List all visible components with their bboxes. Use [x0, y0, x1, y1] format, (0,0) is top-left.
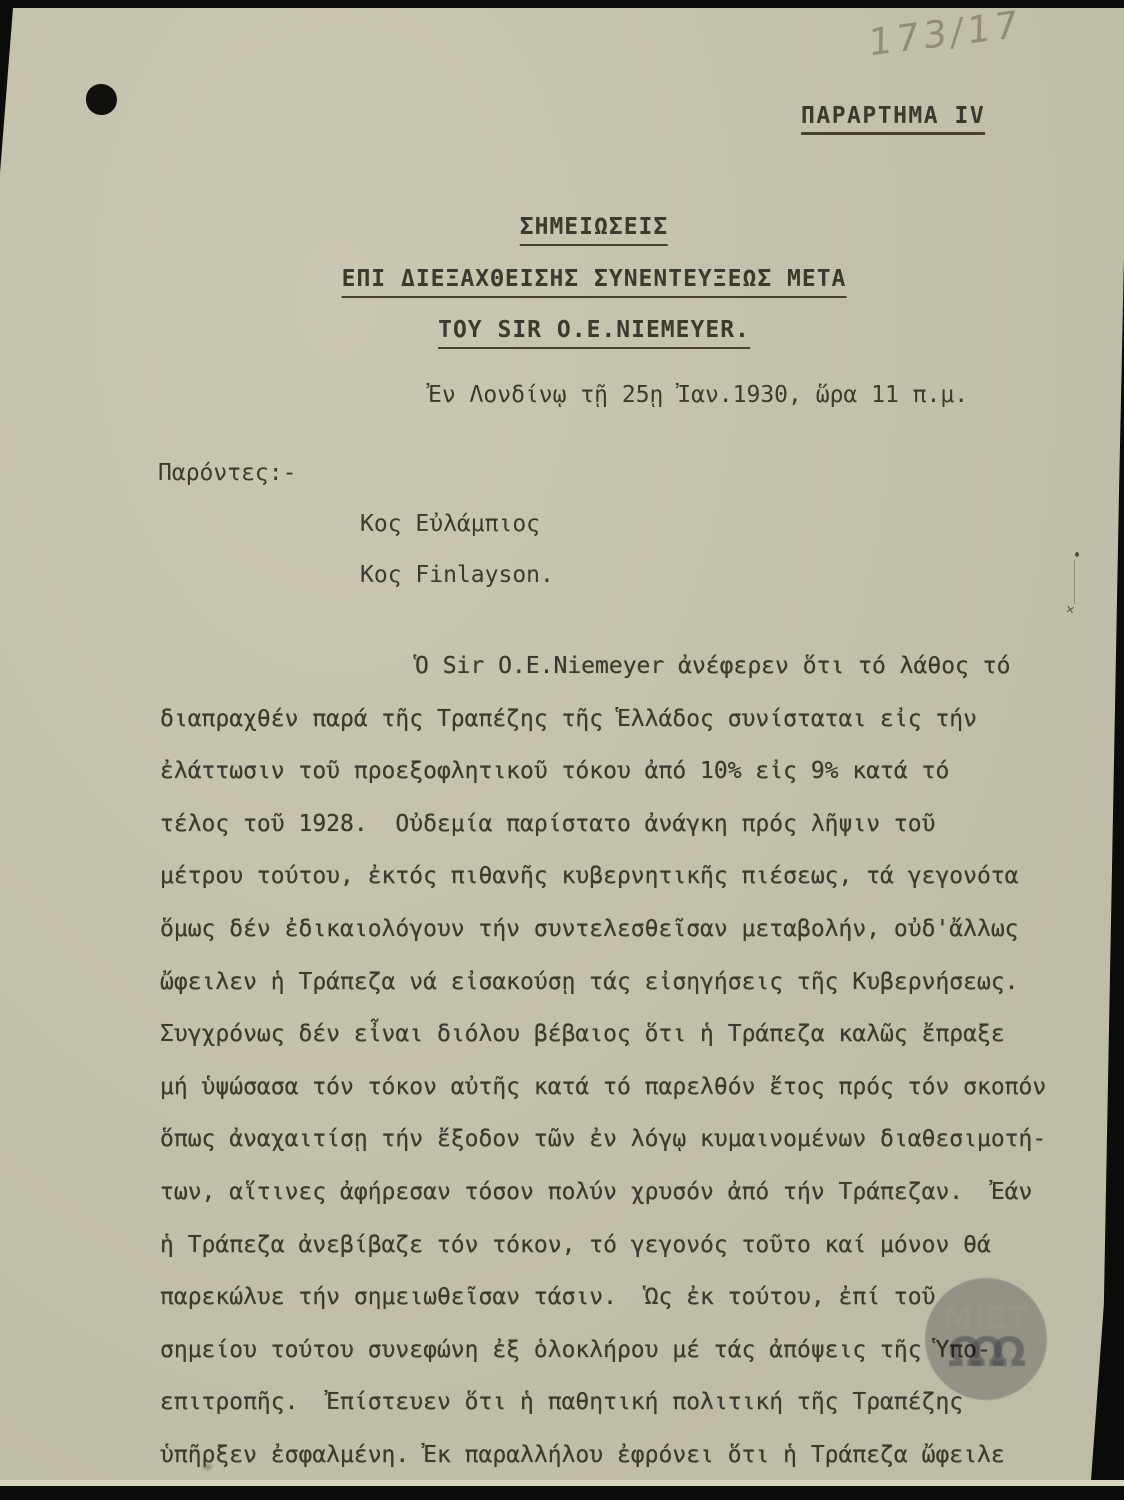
- archive-watermark-stamp: ΜΙΕΤ ΩΩΩ: [925, 1278, 1047, 1400]
- scratch-mark: [1074, 560, 1075, 604]
- body-line: ὤφειλεν ἡ Τράπεζα νά εἰσακούσῃ τάς εἰσηγ…: [160, 956, 1090, 1009]
- scan-edge-left: [0, 8, 16, 173]
- body-line: ἐλάττωσιν τοῦ προεξοφλητικοῦ τόκου ἀπό 1…: [160, 745, 1090, 798]
- attendee-name: Κος Finlayson.: [360, 562, 554, 588]
- scanned-document-page: 173/17 ΠΑΡΑΡΤΗΜΑ IV ΣΗΜΕΙΩΣΕΙΣ ΕΠΙ ΔΙΕΞΑ…: [0, 0, 1124, 1500]
- scratch-mark: [1075, 552, 1079, 557]
- body-line: Συγχρόνως δέν εἶναι διόλου βέβαιος ὅτι ἡ…: [160, 1008, 1090, 1061]
- attendee-name: Κος Εὐλάμπιος: [360, 511, 540, 537]
- body-line: ὅμως δέν ἐδικαιολόγουν τήν συντελεσθεῖσα…: [160, 903, 1090, 956]
- watermark-swirl-glyphs: ΩΩΩ: [958, 1333, 1014, 1373]
- body-line: των, αἵτινες ἀφήρεσαν τόσον πολύν χρυσόν…: [160, 1166, 1090, 1219]
- document-title-line-2: ΕΠΙ ΔΙΕΞΑΧΘΕΙΣΗΣ ΣΥΝΕΝΤΕΥΞΕΩΣ ΜΕΤΑ: [342, 266, 847, 298]
- smudge-mark: [203, 1464, 212, 1470]
- document-title-line-3: ΤΟΥ SIR O.E.NIEMEYER.: [438, 317, 750, 349]
- body-line: ὅπως ἀναχαιτίσῃ τήν ἔξοδον τῶν ἐν λόγῳ κ…: [160, 1113, 1090, 1166]
- dateline: Ἐν Λονδίνῳ τῇ 25ῃ Ἰαν.1930, ὥρα 11 π.μ.: [428, 382, 968, 408]
- scan-edge-bottom: [0, 1486, 1124, 1500]
- body-line: Ὁ Sir O.E.Niemeyer ἀνέφερεν ὅτι τό λάθος…: [160, 640, 1090, 693]
- handwritten-archival-number: 173/17: [868, 2, 1022, 64]
- attendees-label: Παρόντες:-: [158, 460, 296, 486]
- body-line: τέλος τοῦ 1928. Οὐδεμία παρίστατο ἀνάγκη…: [160, 798, 1090, 851]
- body-line: μέτρου τούτου, ἐκτός πιθανῆς κυβερνητικῆ…: [160, 850, 1090, 903]
- document-title-line-1: ΣΗΜΕΙΩΣΕΙΣ: [520, 214, 668, 246]
- body-line: διαπραχθέν παρά τῆς Τραπέζης τῆς Ἑλλάδος…: [160, 693, 1090, 746]
- body-line: μή ὑψώσασα τόν τόκον αὐτῆς κατά τό παρελ…: [160, 1061, 1090, 1114]
- body-line: ἡ Τράπεζα ἀνεβίβαζε τόν τόκον, τό γεγονό…: [160, 1219, 1090, 1272]
- scratch-mark: ×: [1064, 601, 1076, 618]
- scan-edge-top: [0, 0, 1124, 8]
- watermark-letters: ΜΙΕΤ: [943, 1305, 1029, 1333]
- body-line: ὑπῆρξεν ἐσφαλμένη. Ἐκ παραλλήλου ἐφρόνει…: [160, 1429, 1090, 1482]
- appendix-heading: ΠΑΡΑΡΤΗΜΑ IV: [801, 103, 985, 135]
- punch-hole: [86, 84, 117, 115]
